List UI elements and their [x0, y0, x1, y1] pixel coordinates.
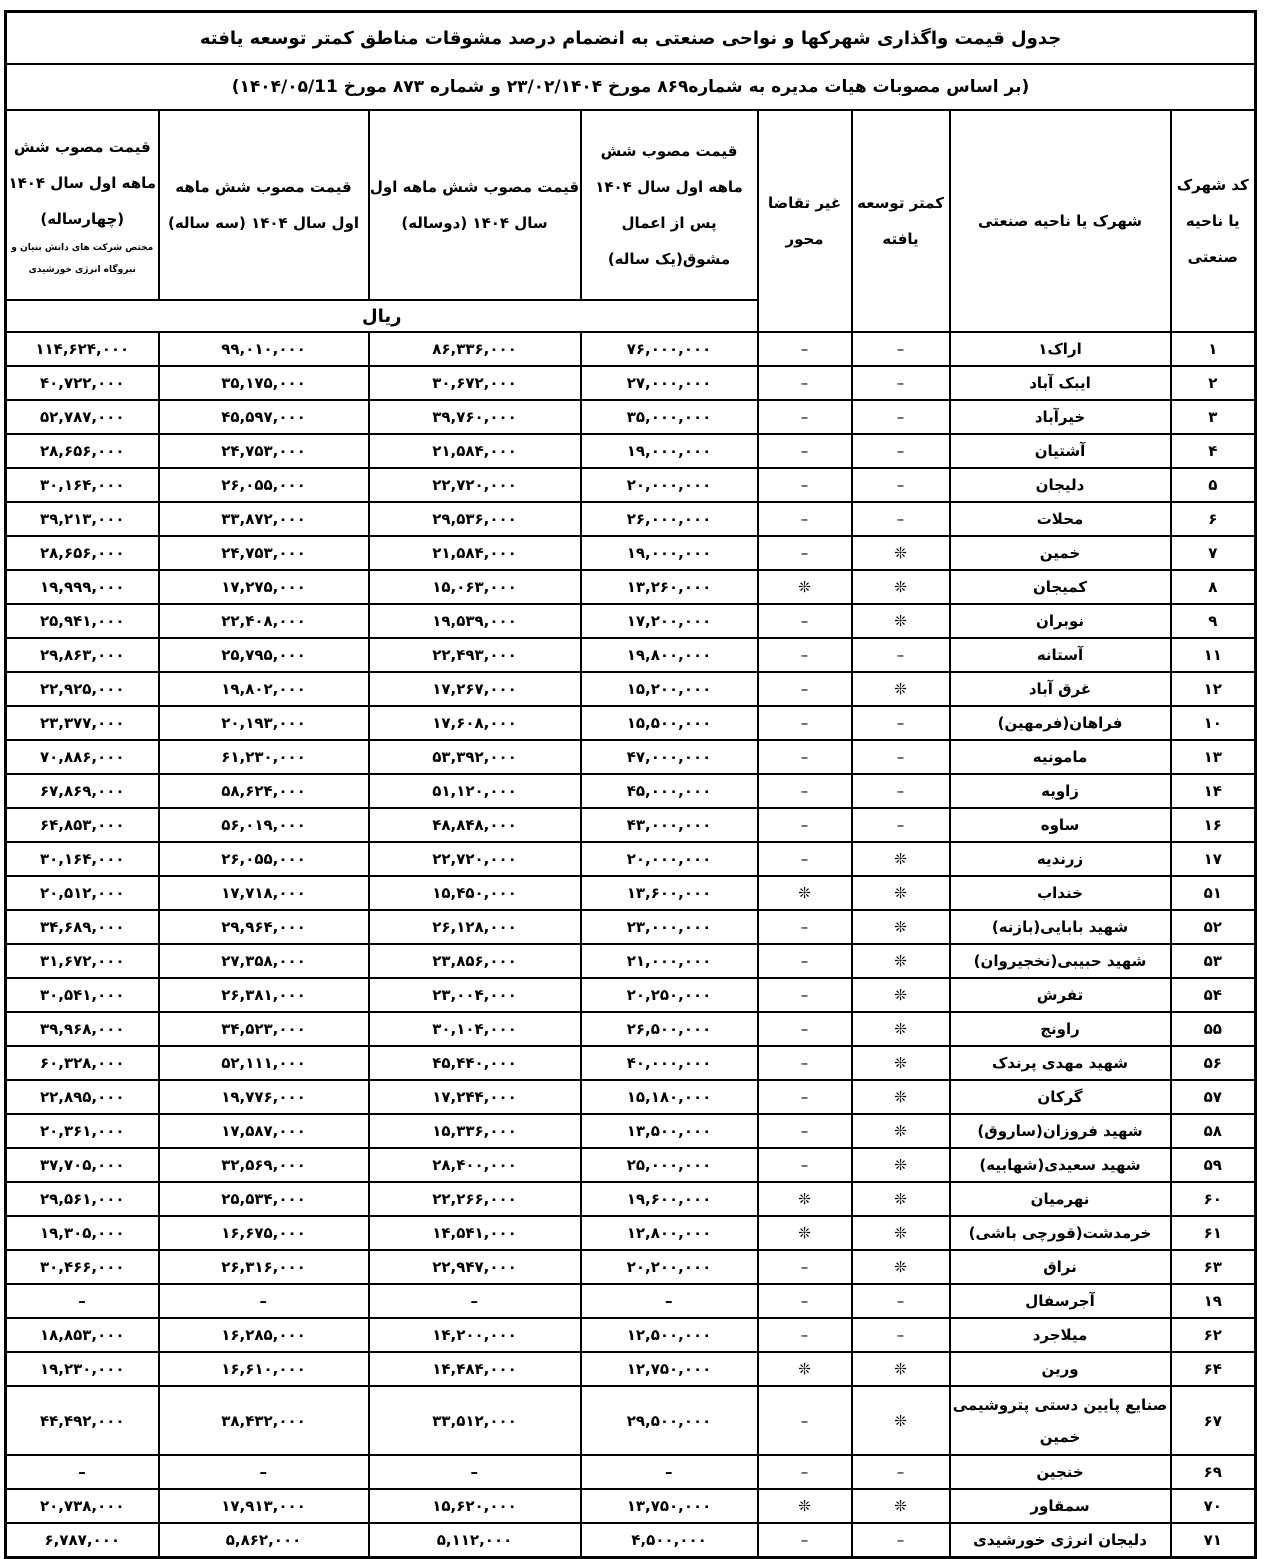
price-3yr: ۱۶,۶۱۰,۰۰۰: [159, 1352, 369, 1386]
price-4yr: ۲۸,۶۵۶,۰۰۰: [6, 536, 159, 570]
less-developed-flag: ❊: [852, 1046, 950, 1080]
price-2yr: ۴۵,۴۴۰,۰۰۰: [369, 1046, 581, 1080]
less-developed-flag: ❊: [852, 604, 950, 638]
park-code: ۶۷: [1171, 1386, 1256, 1455]
header-code: کد شهرک یا ناحیه صنعتی: [1171, 110, 1256, 332]
park-code: ۱۶: [1171, 808, 1256, 842]
park-name: گرکان: [950, 1080, 1171, 1114]
price-2yr: ۲۶,۱۲۸,۰۰۰: [369, 910, 581, 944]
non-demand-flag: –: [758, 1523, 852, 1558]
park-code: ۶۹: [1171, 1455, 1256, 1489]
less-developed-flag: ❊: [852, 842, 950, 876]
price-2yr: ۳۰,۱۰۴,۰۰۰: [369, 1012, 581, 1046]
park-code: ۷: [1171, 536, 1256, 570]
park-code: ۶۲: [1171, 1318, 1256, 1352]
less-developed-flag: –: [852, 774, 950, 808]
price-4yr: ۴۰,۷۲۲,۰۰۰: [6, 366, 159, 400]
price-1yr: ۱۳,۲۶۰,۰۰۰: [581, 570, 758, 604]
price-3yr: ۱۷,۷۱۸,۰۰۰: [159, 876, 369, 910]
price-1yr: ۲۹,۵۰۰,۰۰۰: [581, 1386, 758, 1455]
park-name: صنایع پایین دستی پتروشیمی خمین: [950, 1386, 1171, 1455]
table-row: ۴ آشتیان – – ۱۹,۰۰۰,۰۰۰ ۲۱,۵۸۴,۰۰۰ ۲۴,۷۵…: [6, 434, 1256, 468]
price-4yr: ۲۰,۳۶۱,۰۰۰: [6, 1114, 159, 1148]
price-3yr: ۲۶,۳۸۱,۰۰۰: [159, 978, 369, 1012]
park-name: شهید فروزان(ساروق): [950, 1114, 1171, 1148]
non-demand-flag: –: [758, 1148, 852, 1182]
price-table-container: جدول قیمت واگذاری شهرکها و نواحی صنعتی ب…: [4, 10, 1254, 1559]
less-developed-flag: –: [852, 400, 950, 434]
price-1yr: ۴۳,۰۰۰,۰۰۰: [581, 808, 758, 842]
less-developed-flag: ❊: [852, 910, 950, 944]
table-row: ۱۹ آجرسفال – – – – – –: [6, 1284, 1256, 1318]
price-3yr: ۲۰,۱۹۳,۰۰۰: [159, 706, 369, 740]
park-name: شهید حبیبی(نخجیروان): [950, 944, 1171, 978]
park-code: ۳: [1171, 400, 1256, 434]
price-4yr: ۶۰,۳۲۸,۰۰۰: [6, 1046, 159, 1080]
price-4yr: ۱۱۴,۶۲۴,۰۰۰: [6, 332, 159, 366]
non-demand-flag: –: [758, 638, 852, 672]
price-2yr: ۱۵,۶۲۰,۰۰۰: [369, 1489, 581, 1523]
park-code: ۵: [1171, 468, 1256, 502]
price-2yr: ۲۱,۵۸۴,۰۰۰: [369, 536, 581, 570]
less-developed-flag: ❊: [852, 1386, 950, 1455]
price-4yr: ۳۹,۲۱۳,۰۰۰: [6, 502, 159, 536]
less-developed-flag: –: [852, 366, 950, 400]
price-1yr: ۲۱,۰۰۰,۰۰۰: [581, 944, 758, 978]
non-demand-flag: –: [758, 944, 852, 978]
non-demand-flag: –: [758, 1386, 852, 1455]
park-code: ۷۱: [1171, 1523, 1256, 1558]
non-demand-flag: ❊: [758, 1216, 852, 1250]
price-3yr: –: [159, 1284, 369, 1318]
price-3yr: ۲۴,۷۵۳,۰۰۰: [159, 536, 369, 570]
header-less-developed: کمتر توسعه یافته: [852, 110, 950, 332]
park-name: غرق آباد: [950, 672, 1171, 706]
price-3yr: ۱۹,۷۷۶,۰۰۰: [159, 1080, 369, 1114]
park-name: زاویه: [950, 774, 1171, 808]
table-row: ۷۰ سمقاور ❊ ❊ ۱۳,۷۵۰,۰۰۰ ۱۵,۶۲۰,۰۰۰ ۱۷,۹…: [6, 1489, 1256, 1523]
price-4yr: ۱۹,۳۰۵,۰۰۰: [6, 1216, 159, 1250]
park-name: کمیجان: [950, 570, 1171, 604]
less-developed-flag: –: [852, 502, 950, 536]
price-4yr: ۳۰,۱۶۴,۰۰۰: [6, 468, 159, 502]
price-3yr: ۹۹,۰۱۰,۰۰۰: [159, 332, 369, 366]
price-3yr: ۶۱,۲۳۰,۰۰۰: [159, 740, 369, 774]
table-row: ۵ دلیجان – – ۲۰,۰۰۰,۰۰۰ ۲۲,۷۲۰,۰۰۰ ۲۶,۰۵…: [6, 468, 1256, 502]
less-developed-flag: –: [852, 332, 950, 366]
price-3yr: ۵۲,۱۱۱,۰۰۰: [159, 1046, 369, 1080]
price-4yr: ۲۰,۷۳۸,۰۰۰: [6, 1489, 159, 1523]
non-demand-flag: –: [758, 502, 852, 536]
price-2yr: ۱۴,۴۸۴,۰۰۰: [369, 1352, 581, 1386]
less-developed-flag: ❊: [852, 672, 950, 706]
price-3yr: ۱۶,۶۷۵,۰۰۰: [159, 1216, 369, 1250]
price-4yr: ۴۴,۴۹۲,۰۰۰: [6, 1386, 159, 1455]
table-row: ۲ ایبک آباد – – ۲۷,۰۰۰,۰۰۰ ۳۰,۶۷۲,۰۰۰ ۳۵…: [6, 366, 1256, 400]
less-developed-flag: –: [852, 468, 950, 502]
price-1yr: ۲۵,۰۰۰,۰۰۰: [581, 1148, 758, 1182]
less-developed-flag: ❊: [852, 1012, 950, 1046]
less-developed-flag: ❊: [852, 1216, 950, 1250]
less-developed-flag: –: [852, 740, 950, 774]
table-row: ۶۷ صنایع پایین دستی پتروشیمی خمین ❊ – ۲۹…: [6, 1386, 1256, 1455]
non-demand-flag: ❊: [758, 1352, 852, 1386]
price-2yr: ۱۹,۵۳۹,۰۰۰: [369, 604, 581, 638]
non-demand-flag: –: [758, 400, 852, 434]
less-developed-flag: ❊: [852, 536, 950, 570]
price-2yr: ۲۳,۸۵۶,۰۰۰: [369, 944, 581, 978]
non-demand-flag: –: [758, 774, 852, 808]
price-1yr: ۴,۵۰۰,۰۰۰: [581, 1523, 758, 1558]
non-demand-flag: ❊: [758, 570, 852, 604]
price-1yr: ۱۹,۶۰۰,۰۰۰: [581, 1182, 758, 1216]
park-code: ۵۶: [1171, 1046, 1256, 1080]
park-code: ۵۱: [1171, 876, 1256, 910]
price-1yr: ۴۷,۰۰۰,۰۰۰: [581, 740, 758, 774]
price-1yr: ۱۹,۰۰۰,۰۰۰: [581, 434, 758, 468]
non-demand-flag: –: [758, 604, 852, 638]
header-price-1yr: قیمت مصوب شش ماهه اول سال ۱۴۰۴ پس از اعم…: [581, 110, 758, 300]
price-2yr: ۸۶,۳۳۶,۰۰۰: [369, 332, 581, 366]
price-4yr: ۱۹,۲۳۰,۰۰۰: [6, 1352, 159, 1386]
park-name: دلیجان: [950, 468, 1171, 502]
less-developed-flag: ❊: [852, 1250, 950, 1284]
price-3yr: ۲۶,۰۵۵,۰۰۰: [159, 842, 369, 876]
price-1yr: ۱۵,۵۰۰,۰۰۰: [581, 706, 758, 740]
table-subtitle: (بر اساس مصوبات هیات مدیره به شماره۸۶۹ م…: [6, 64, 1256, 110]
less-developed-flag: –: [852, 1318, 950, 1352]
park-code: ۷۰: [1171, 1489, 1256, 1523]
park-name: خنداب: [950, 876, 1171, 910]
price-4yr: ۳۴,۶۸۹,۰۰۰: [6, 910, 159, 944]
table-row: ۶۴ ورین ❊ ❊ ۱۲,۷۵۰,۰۰۰ ۱۴,۴۸۴,۰۰۰ ۱۶,۶۱۰…: [6, 1352, 1256, 1386]
price-table: جدول قیمت واگذاری شهرکها و نواحی صنعتی ب…: [4, 10, 1257, 1559]
price-4yr: ۲۲,۹۲۵,۰۰۰: [6, 672, 159, 706]
table-row: ۳ خیرآباد – – ۳۵,۰۰۰,۰۰۰ ۳۹,۷۶۰,۰۰۰ ۴۵,۵…: [6, 400, 1256, 434]
park-name: خیرآباد: [950, 400, 1171, 434]
table-row: ۵۹ شهید سعیدی(شهابیه) ❊ – ۲۵,۰۰۰,۰۰۰ ۲۸,…: [6, 1148, 1256, 1182]
non-demand-flag: ❊: [758, 876, 852, 910]
price-1yr: ۱۹,۸۰۰,۰۰۰: [581, 638, 758, 672]
price-4yr: ۲۹,۵۶۱,۰۰۰: [6, 1182, 159, 1216]
price-1yr: ۲۶,۵۰۰,۰۰۰: [581, 1012, 758, 1046]
price-2yr: ۱۵,۴۵۰,۰۰۰: [369, 876, 581, 910]
price-4yr: ۳۱,۶۷۲,۰۰۰: [6, 944, 159, 978]
price-3yr: ۲۴,۷۵۳,۰۰۰: [159, 434, 369, 468]
price-2yr: –: [369, 1455, 581, 1489]
price-1yr: ۲۰,۲۰۰,۰۰۰: [581, 1250, 758, 1284]
price-4yr: ۷۰,۸۸۶,۰۰۰: [6, 740, 159, 774]
price-4yr: ۳۰,۵۴۱,۰۰۰: [6, 978, 159, 1012]
table-row: ۵۳ شهید حبیبی(نخجیروان) ❊ – ۲۱,۰۰۰,۰۰۰ ۲…: [6, 944, 1256, 978]
park-code: ۲: [1171, 366, 1256, 400]
less-developed-flag: ❊: [852, 1148, 950, 1182]
price-1yr: ۱۳,۷۵۰,۰۰۰: [581, 1489, 758, 1523]
non-demand-flag: –: [758, 1250, 852, 1284]
park-name: نهرمیان: [950, 1182, 1171, 1216]
park-name: نراق: [950, 1250, 1171, 1284]
less-developed-flag: ❊: [852, 944, 950, 978]
price-4yr: ۵۲,۷۸۷,۰۰۰: [6, 400, 159, 434]
non-demand-flag: –: [758, 978, 852, 1012]
price-3yr: ۱۹,۸۰۲,۰۰۰: [159, 672, 369, 706]
park-code: ۱۳: [1171, 740, 1256, 774]
price-3yr: ۲۵,۵۳۴,۰۰۰: [159, 1182, 369, 1216]
park-code: ۱۷: [1171, 842, 1256, 876]
price-3yr: ۳۸,۴۳۲,۰۰۰: [159, 1386, 369, 1455]
park-name: فراهان(فرمهین): [950, 706, 1171, 740]
non-demand-flag: –: [758, 706, 852, 740]
park-name: زرندیه: [950, 842, 1171, 876]
less-developed-flag: ❊: [852, 1352, 950, 1386]
non-demand-flag: –: [758, 808, 852, 842]
table-row: ۱۶ ساوه – – ۴۳,۰۰۰,۰۰۰ ۴۸,۸۴۸,۰۰۰ ۵۶,۰۱۹…: [6, 808, 1256, 842]
non-demand-flag: –: [758, 536, 852, 570]
table-row: ۵۲ شهید بابایی(بازنه) ❊ – ۲۳,۰۰۰,۰۰۰ ۲۶,…: [6, 910, 1256, 944]
table-row: ۱۳ مامونیه – – ۴۷,۰۰۰,۰۰۰ ۵۳,۳۹۲,۰۰۰ ۶۱,…: [6, 740, 1256, 774]
less-developed-flag: ❊: [852, 570, 950, 604]
table-row: ۵۴ تفرش ❊ – ۲۰,۲۵۰,۰۰۰ ۲۳,۰۰۴,۰۰۰ ۲۶,۳۸۱…: [6, 978, 1256, 1012]
table-row: ۵۸ شهید فروزان(ساروق) ❊ – ۱۳,۵۰۰,۰۰۰ ۱۵,…: [6, 1114, 1256, 1148]
price-4yr: ۳۰,۱۶۴,۰۰۰: [6, 842, 159, 876]
park-code: ۵۳: [1171, 944, 1256, 978]
less-developed-flag: ❊: [852, 1182, 950, 1216]
non-demand-flag: –: [758, 1455, 852, 1489]
price-2yr: ۲۲,۲۶۶,۰۰۰: [369, 1182, 581, 1216]
price-3yr: ۲۲,۴۰۸,۰۰۰: [159, 604, 369, 638]
price-1yr: ۱۵,۱۸۰,۰۰۰: [581, 1080, 758, 1114]
price-1yr: ۱۵,۲۰۰,۰۰۰: [581, 672, 758, 706]
price-2yr: ۲۸,۴۰۰,۰۰۰: [369, 1148, 581, 1182]
price-3yr: ۵۸,۶۲۴,۰۰۰: [159, 774, 369, 808]
table-row: ۶ محلات – – ۲۶,۰۰۰,۰۰۰ ۲۹,۵۳۶,۰۰۰ ۳۳,۸۷۲…: [6, 502, 1256, 536]
park-name: خنجین: [950, 1455, 1171, 1489]
price-1yr: ۱۲,۵۰۰,۰۰۰: [581, 1318, 758, 1352]
price-3yr: ۱۷,۹۱۳,۰۰۰: [159, 1489, 369, 1523]
less-developed-flag: ❊: [852, 1489, 950, 1523]
header-price-3yr: قیمت مصوب شش ماهه اول سال ۱۴۰۴ (سه ساله): [159, 110, 369, 300]
price-1yr: ۱۹,۰۰۰,۰۰۰: [581, 536, 758, 570]
park-name: شهید بابایی(بازنه): [950, 910, 1171, 944]
non-demand-flag: –: [758, 910, 852, 944]
non-demand-flag: –: [758, 842, 852, 876]
price-1yr: ۱۳,۵۰۰,۰۰۰: [581, 1114, 758, 1148]
table-row: ۶۰ نهرمیان ❊ ❊ ۱۹,۶۰۰,۰۰۰ ۲۲,۲۶۶,۰۰۰ ۲۵,…: [6, 1182, 1256, 1216]
park-name: محلات: [950, 502, 1171, 536]
header-price-2yr: قیمت مصوب شش ماهه اول سال ۱۴۰۴ (دوساله): [369, 110, 581, 300]
header-name: شهرک یا ناحیه صنعتی: [950, 110, 1171, 332]
less-developed-flag: ❊: [852, 876, 950, 910]
non-demand-flag: –: [758, 740, 852, 774]
price-2yr: ۲۲,۷۲۰,۰۰۰: [369, 468, 581, 502]
price-2yr: ۲۲,۷۲۰,۰۰۰: [369, 842, 581, 876]
non-demand-flag: –: [758, 1080, 852, 1114]
header-non-demand: غیر تقاضا محور: [758, 110, 852, 332]
park-name: نوبران: [950, 604, 1171, 638]
table-row: ۷ خمین ❊ – ۱۹,۰۰۰,۰۰۰ ۲۱,۵۸۴,۰۰۰ ۲۴,۷۵۳,…: [6, 536, 1256, 570]
less-developed-flag: –: [852, 1523, 950, 1558]
less-developed-flag: –: [852, 706, 950, 740]
price-1yr: ۱۲,۷۵۰,۰۰۰: [581, 1352, 758, 1386]
table-row: ۸ کمیجان ❊ ❊ ۱۳,۲۶۰,۰۰۰ ۱۵,۰۶۳,۰۰۰ ۱۷,۲۷…: [6, 570, 1256, 604]
park-name: شهید مهدی پرندک: [950, 1046, 1171, 1080]
non-demand-flag: –: [758, 1284, 852, 1318]
park-code: ۵۸: [1171, 1114, 1256, 1148]
park-name: سمقاور: [950, 1489, 1171, 1523]
price-1yr: –: [581, 1455, 758, 1489]
less-developed-flag: ❊: [852, 978, 950, 1012]
price-4yr: ۲۸,۶۵۶,۰۰۰: [6, 434, 159, 468]
less-developed-flag: –: [852, 808, 950, 842]
park-code: ۹: [1171, 604, 1256, 638]
park-name: ورین: [950, 1352, 1171, 1386]
non-demand-flag: –: [758, 468, 852, 502]
header-price-4yr-note: مختص شرکت های دانش بنیان و نیروگاه انرژی…: [7, 237, 158, 281]
price-2yr: ۲۲,۴۹۳,۰۰۰: [369, 638, 581, 672]
park-code: ۸: [1171, 570, 1256, 604]
price-4yr: ۳۰,۴۶۶,۰۰۰: [6, 1250, 159, 1284]
price-1yr: ۲۰,۰۰۰,۰۰۰: [581, 842, 758, 876]
price-3yr: ۲۷,۳۵۸,۰۰۰: [159, 944, 369, 978]
non-demand-flag: ❊: [758, 1489, 852, 1523]
price-2yr: ۱۵,۰۶۳,۰۰۰: [369, 570, 581, 604]
park-name: میلاجرد: [950, 1318, 1171, 1352]
park-code: ۱۴: [1171, 774, 1256, 808]
price-1yr: ۲۳,۰۰۰,۰۰۰: [581, 910, 758, 944]
park-code: ۴: [1171, 434, 1256, 468]
less-developed-flag: ❊: [852, 1080, 950, 1114]
price-1yr: ۲۷,۰۰۰,۰۰۰: [581, 366, 758, 400]
price-1yr: ۲۶,۰۰۰,۰۰۰: [581, 502, 758, 536]
price-4yr: –: [6, 1455, 159, 1489]
price-4yr: ۱۹,۹۹۹,۰۰۰: [6, 570, 159, 604]
park-name: آستانه: [950, 638, 1171, 672]
price-3yr: ۴۵,۵۹۷,۰۰۰: [159, 400, 369, 434]
park-code: ۵۹: [1171, 1148, 1256, 1182]
price-1yr: ۷۶,۰۰۰,۰۰۰: [581, 332, 758, 366]
non-demand-flag: –: [758, 672, 852, 706]
table-row: ۱۴ زاویه – – ۴۵,۰۰۰,۰۰۰ ۵۱,۱۲۰,۰۰۰ ۵۸,۶۲…: [6, 774, 1256, 808]
price-3yr: –: [159, 1455, 369, 1489]
currency-unit: ریال: [6, 300, 758, 332]
price-2yr: ۱۷,۶۰۸,۰۰۰: [369, 706, 581, 740]
price-4yr: ۲۲,۸۹۵,۰۰۰: [6, 1080, 159, 1114]
table-row: ۶۱ خرمدشت(قورچی باشی) ❊ ❊ ۱۲,۸۰۰,۰۰۰ ۱۴,…: [6, 1216, 1256, 1250]
table-row: ۶۲ میلاجرد – – ۱۲,۵۰۰,۰۰۰ ۱۴,۲۰۰,۰۰۰ ۱۶,…: [6, 1318, 1256, 1352]
table-row: ۹ نوبران ❊ – ۱۷,۲۰۰,۰۰۰ ۱۹,۵۳۹,۰۰۰ ۲۲,۴۰…: [6, 604, 1256, 638]
price-4yr: ۶,۷۸۷,۰۰۰: [6, 1523, 159, 1558]
table-row: ۵۶ شهید مهدی پرندک ❊ – ۴۰,۰۰۰,۰۰۰ ۴۵,۴۴۰…: [6, 1046, 1256, 1080]
park-name: خرمدشت(قورچی باشی): [950, 1216, 1171, 1250]
price-2yr: ۵۱,۱۲۰,۰۰۰: [369, 774, 581, 808]
price-4yr: ۶۴,۸۵۳,۰۰۰: [6, 808, 159, 842]
non-demand-flag: –: [758, 1114, 852, 1148]
price-4yr: ۶۷,۸۶۹,۰۰۰: [6, 774, 159, 808]
price-2yr: ۱۷,۲۶۷,۰۰۰: [369, 672, 581, 706]
table-row: ۷۱ دلیجان انرژی خورشیدی – – ۴,۵۰۰,۰۰۰ ۵,…: [6, 1523, 1256, 1558]
price-4yr: ۲۳,۳۷۷,۰۰۰: [6, 706, 159, 740]
table-row: ۱ اراک۱ – – ۷۶,۰۰۰,۰۰۰ ۸۶,۳۳۶,۰۰۰ ۹۹,۰۱۰…: [6, 332, 1256, 366]
price-1yr: ۲۰,۰۰۰,۰۰۰: [581, 468, 758, 502]
price-3yr: ۱۶,۲۸۵,۰۰۰: [159, 1318, 369, 1352]
less-developed-flag: –: [852, 1455, 950, 1489]
table-row: ۵۷ گرکان ❊ – ۱۵,۱۸۰,۰۰۰ ۱۷,۲۴۴,۰۰۰ ۱۹,۷۷…: [6, 1080, 1256, 1114]
price-3yr: ۳۵,۱۷۵,۰۰۰: [159, 366, 369, 400]
park-name: راونج: [950, 1012, 1171, 1046]
non-demand-flag: –: [758, 1012, 852, 1046]
park-name: آجرسفال: [950, 1284, 1171, 1318]
park-name: آشتیان: [950, 434, 1171, 468]
price-3yr: ۲۵,۷۹۵,۰۰۰: [159, 638, 369, 672]
price-3yr: ۲۹,۹۶۴,۰۰۰: [159, 910, 369, 944]
park-name: مامونیه: [950, 740, 1171, 774]
price-4yr: ۳۹,۹۶۸,۰۰۰: [6, 1012, 159, 1046]
less-developed-flag: –: [852, 1284, 950, 1318]
table-body: ۱ اراک۱ – – ۷۶,۰۰۰,۰۰۰ ۸۶,۳۳۶,۰۰۰ ۹۹,۰۱۰…: [6, 332, 1256, 1558]
park-code: ۵۷: [1171, 1080, 1256, 1114]
less-developed-flag: ❊: [852, 1114, 950, 1148]
non-demand-flag: –: [758, 332, 852, 366]
table-row: ۱۲ غرق آباد ❊ – ۱۵,۲۰۰,۰۰۰ ۱۷,۲۶۷,۰۰۰ ۱۹…: [6, 672, 1256, 706]
price-3yr: ۲۶,۳۱۶,۰۰۰: [159, 1250, 369, 1284]
table-row: ۱۷ زرندیه ❊ – ۲۰,۰۰۰,۰۰۰ ۲۲,۷۲۰,۰۰۰ ۲۶,۰…: [6, 842, 1256, 876]
non-demand-flag: –: [758, 434, 852, 468]
park-name: دلیجان انرژی خورشیدی: [950, 1523, 1171, 1558]
price-3yr: ۳۴,۵۲۳,۰۰۰: [159, 1012, 369, 1046]
price-3yr: ۵۶,۰۱۹,۰۰۰: [159, 808, 369, 842]
price-3yr: ۳۳,۸۷۲,۰۰۰: [159, 502, 369, 536]
non-demand-flag: –: [758, 1318, 852, 1352]
price-2yr: –: [369, 1284, 581, 1318]
price-1yr: ۳۵,۰۰۰,۰۰۰: [581, 400, 758, 434]
price-3yr: ۱۷,۵۸۷,۰۰۰: [159, 1114, 369, 1148]
price-2yr: ۱۵,۳۳۶,۰۰۰: [369, 1114, 581, 1148]
price-1yr: ۱۳,۶۰۰,۰۰۰: [581, 876, 758, 910]
park-name: ساوه: [950, 808, 1171, 842]
non-demand-flag: ❊: [758, 1182, 852, 1216]
park-code: ۶۱: [1171, 1216, 1256, 1250]
price-4yr: –: [6, 1284, 159, 1318]
park-code: ۵۵: [1171, 1012, 1256, 1046]
price-2yr: ۵۳,۳۹۲,۰۰۰: [369, 740, 581, 774]
price-1yr: ۱۷,۲۰۰,۰۰۰: [581, 604, 758, 638]
price-4yr: ۳۷,۷۰۵,۰۰۰: [6, 1148, 159, 1182]
park-name: تفرش: [950, 978, 1171, 1012]
price-1yr: ۴۰,۰۰۰,۰۰۰: [581, 1046, 758, 1080]
park-code: ۱۲: [1171, 672, 1256, 706]
price-2yr: ۳۰,۶۷۲,۰۰۰: [369, 366, 581, 400]
park-name: خمین: [950, 536, 1171, 570]
price-2yr: ۳۳,۵۱۲,۰۰۰: [369, 1386, 581, 1455]
less-developed-flag: –: [852, 434, 950, 468]
non-demand-flag: –: [758, 366, 852, 400]
park-name: اراک۱: [950, 332, 1171, 366]
less-developed-flag: –: [852, 638, 950, 672]
price-4yr: ۱۸,۸۵۳,۰۰۰: [6, 1318, 159, 1352]
price-2yr: ۱۴,۲۰۰,۰۰۰: [369, 1318, 581, 1352]
price-1yr: ۱۲,۸۰۰,۰۰۰: [581, 1216, 758, 1250]
park-name: ایبک آباد: [950, 366, 1171, 400]
price-4yr: ۲۹,۸۶۳,۰۰۰: [6, 638, 159, 672]
table-row: ۶۳ نراق ❊ – ۲۰,۲۰۰,۰۰۰ ۲۲,۹۴۷,۰۰۰ ۲۶,۳۱۶…: [6, 1250, 1256, 1284]
table-row: ۱۰ فراهان(فرمهین) – – ۱۵,۵۰۰,۰۰۰ ۱۷,۶۰۸,…: [6, 706, 1256, 740]
price-1yr: ۴۵,۰۰۰,۰۰۰: [581, 774, 758, 808]
price-3yr: ۳۲,۵۶۹,۰۰۰: [159, 1148, 369, 1182]
price-2yr: ۲۹,۵۳۶,۰۰۰: [369, 502, 581, 536]
header-price-4yr-label: قیمت مصوب شش ماهه اول سال ۱۴۰۴ (چهارساله…: [8, 138, 156, 228]
price-2yr: ۱۷,۲۴۴,۰۰۰: [369, 1080, 581, 1114]
park-code: ۱: [1171, 332, 1256, 366]
